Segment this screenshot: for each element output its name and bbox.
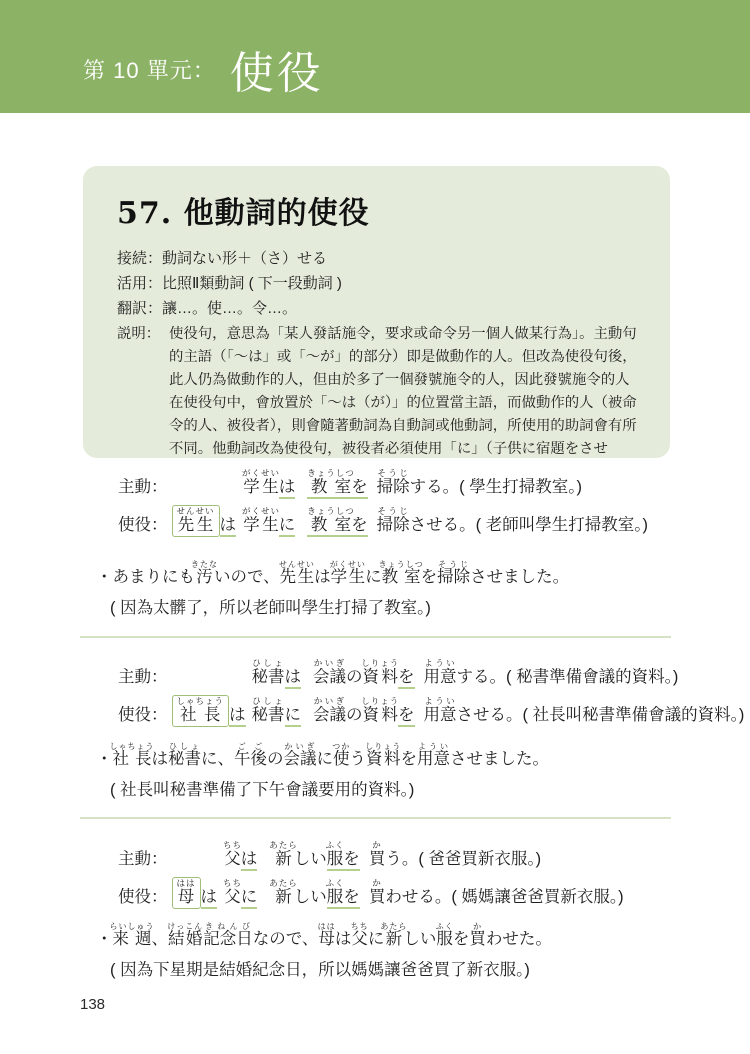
causer-cell — [172, 658, 252, 695]
unit-title: 使役 — [230, 37, 324, 101]
explanation-label: 説明： — [117, 323, 169, 458]
row-label: 主動： — [118, 840, 172, 877]
unit-label: 第 10 單元： — [83, 54, 216, 85]
actor-cell: 秘書ひしょは — [252, 658, 314, 695]
unit-banner: 第 10 單元： 使役 — [0, 0, 750, 113]
page-number: 138 — [80, 996, 105, 1013]
example-block-1: 主動： 学生がくせいは 教室きょうしつを 掃除そうじする。( 學生打掃教室。) … — [118, 468, 648, 537]
object-cell: 会議かいぎの資料しりょうを — [313, 658, 424, 695]
object-cell: 教室きょうしつを — [307, 505, 376, 537]
verb-cell: 掃除そうじする。( 學生打掃教室。) — [377, 468, 648, 505]
example-sentence-2: ・社長しゃちょうは秘書ひしょに、午後ごごの会議かいぎに使つかう資料しりょうを用意… — [96, 742, 549, 800]
row-label: 使役： — [118, 877, 172, 909]
verb-cell: 買かう。( 爸爸買新衣服。) — [369, 840, 624, 877]
verb-cell: 買かわせる。( 媽媽讓爸爸買新衣服。) — [369, 877, 624, 909]
spec-text: 動詞ない形＋（さ）せる — [162, 250, 327, 267]
section-divider — [80, 636, 671, 638]
spec-label: 翻訳： — [117, 300, 162, 317]
sentence-chinese: ( 因為太髒了，所以老師叫學生打掃了教室。) — [96, 594, 569, 618]
causer-cell — [172, 840, 224, 877]
spec-label: 接続： — [117, 250, 162, 267]
row-label: 主動： — [118, 658, 172, 695]
example-block-2: 主動： 秘書ひしょは 会議かいぎの資料しりょうを 用意よういする。( 秘書準備會… — [118, 658, 744, 727]
actor-cell: 学生がくせいに — [242, 505, 307, 537]
pattern-row-active: 主動： 学生がくせいは 教室きょうしつを 掃除そうじする。( 學生打掃教室。) — [118, 468, 648, 505]
causer-cell: 先生せんせいは — [172, 505, 243, 537]
spec-translation: 翻訳：讓…。使…。令…。 — [117, 296, 642, 321]
pattern-table: 主動： 秘書ひしょは 会議かいぎの資料しりょうを 用意よういする。( 秘書準備會… — [118, 658, 744, 727]
sentence-japanese: ・社長しゃちょうは秘書ひしょに、午後ごごの会議かいぎに使つかう資料しりょうを用意… — [96, 742, 549, 769]
sentence-japanese: ・来週らいしゅう、結婚けっこん記念日きねんびなので、母ははは父ちちに新あたらしい… — [96, 922, 552, 949]
spec-explanation: 説明： 使役句，意思為「某人發話施令，要求或命令另一個人做某行為」。主動句的主語… — [117, 323, 642, 458]
spec-conjugation: 活用：比照Ⅱ類動詞 ( 下一段動詞 ) — [117, 271, 642, 296]
spec-connection: 接続：動詞ない形＋（さ）せる — [117, 246, 642, 271]
pattern-row-active: 主動： 父ちちは 新あたらしい服ふくを 買かう。( 爸爸買新衣服。) — [118, 840, 624, 877]
verb-cell: 掃除そうじさせる。( 老師叫學生打掃教室。) — [377, 505, 648, 537]
row-label: 主動： — [118, 468, 172, 505]
explanation-text: 使役句，意思為「某人發話施令，要求或命令另一個人做某行為」。主動句的主語（「〜は… — [169, 323, 642, 458]
row-label: 使役： — [118, 695, 172, 727]
row-label: 使役： — [118, 505, 172, 537]
pattern-row-causative: 使役： 社長しゃちょうは 秘書ひしょに 会議かいぎの資料しりょうを 用意よういさ… — [118, 695, 744, 727]
actor-cell: 秘書ひしょに — [252, 695, 314, 727]
object-cell: 新あたらしい服ふくを — [269, 877, 369, 909]
grammar-card: 57. 他動詞的使役 接続：動詞ない形＋（さ）せる 活用：比照Ⅱ類動詞 ( 下一… — [83, 166, 670, 458]
actor-cell: 父ちちに — [223, 877, 269, 909]
sentence-chinese: ( 社長叫秘書準備了下午會議要用的資料。) — [96, 776, 549, 800]
actor-cell: 父ちちは — [223, 840, 269, 877]
causer-cell: 社長しゃちょうは — [172, 695, 252, 727]
causer-cell — [172, 468, 243, 505]
section-divider — [80, 817, 671, 819]
pattern-row-causative: 使役： 先生せんせいは 学生がくせいに 教室きょうしつを 掃除そうじさせる。( … — [118, 505, 648, 537]
verb-cell: 用意よういさせる。( 社長叫秘書準備會議的資料。) — [424, 695, 745, 727]
sentence-chinese: ( 因為下星期是結婚紀念日，所以媽媽讓爸爸買了新衣服。) — [96, 956, 552, 980]
spec-text: 讓…。使…。令…。 — [162, 300, 297, 317]
pattern-row-active: 主動： 秘書ひしょは 会議かいぎの資料しりょうを 用意よういする。( 秘書準備會… — [118, 658, 744, 695]
unit-banner-text: 第 10 單元： 使役 — [83, 37, 324, 101]
example-sentence-3: ・来週らいしゅう、結婚けっこん記念日きねんびなので、母ははは父ちちに新あたらしい… — [96, 922, 552, 980]
verb-cell: 用意よういする。( 秘書準備會議的資料。) — [424, 658, 745, 695]
pattern-table: 主動： 父ちちは 新あたらしい服ふくを 買かう。( 爸爸買新衣服。) 使役： 母… — [118, 840, 624, 909]
pattern-row-causative: 使役： 母ははは 父ちちに 新あたらしい服ふくを 買かわせる。( 媽媽讓爸爸買新… — [118, 877, 624, 909]
object-cell: 教室きょうしつを — [307, 468, 376, 505]
sentence-japanese: ・あまりにも汚きたないので、先生せんせいは学生がくせいに教室きょうしつを掃除そう… — [96, 560, 569, 587]
actor-cell: 学生がくせいは — [242, 468, 307, 505]
spec-text: 比照Ⅱ類動詞 ( 下一段動詞 ) — [162, 275, 342, 292]
spec-label: 活用： — [117, 275, 162, 292]
lesson-title: 57. 他動詞的使役 — [117, 188, 642, 232]
object-cell: 会議かいぎの資料しりょうを — [313, 695, 424, 727]
example-block-3: 主動： 父ちちは 新あたらしい服ふくを 買かう。( 爸爸買新衣服。) 使役： 母… — [118, 840, 624, 909]
object-cell: 新あたらしい服ふくを — [269, 840, 369, 877]
example-sentence-1: ・あまりにも汚きたないので、先生せんせいは学生がくせいに教室きょうしつを掃除そう… — [96, 560, 569, 618]
causer-cell: 母ははは — [172, 877, 224, 909]
pattern-table: 主動： 学生がくせいは 教室きょうしつを 掃除そうじする。( 學生打掃教室。) … — [118, 468, 648, 537]
